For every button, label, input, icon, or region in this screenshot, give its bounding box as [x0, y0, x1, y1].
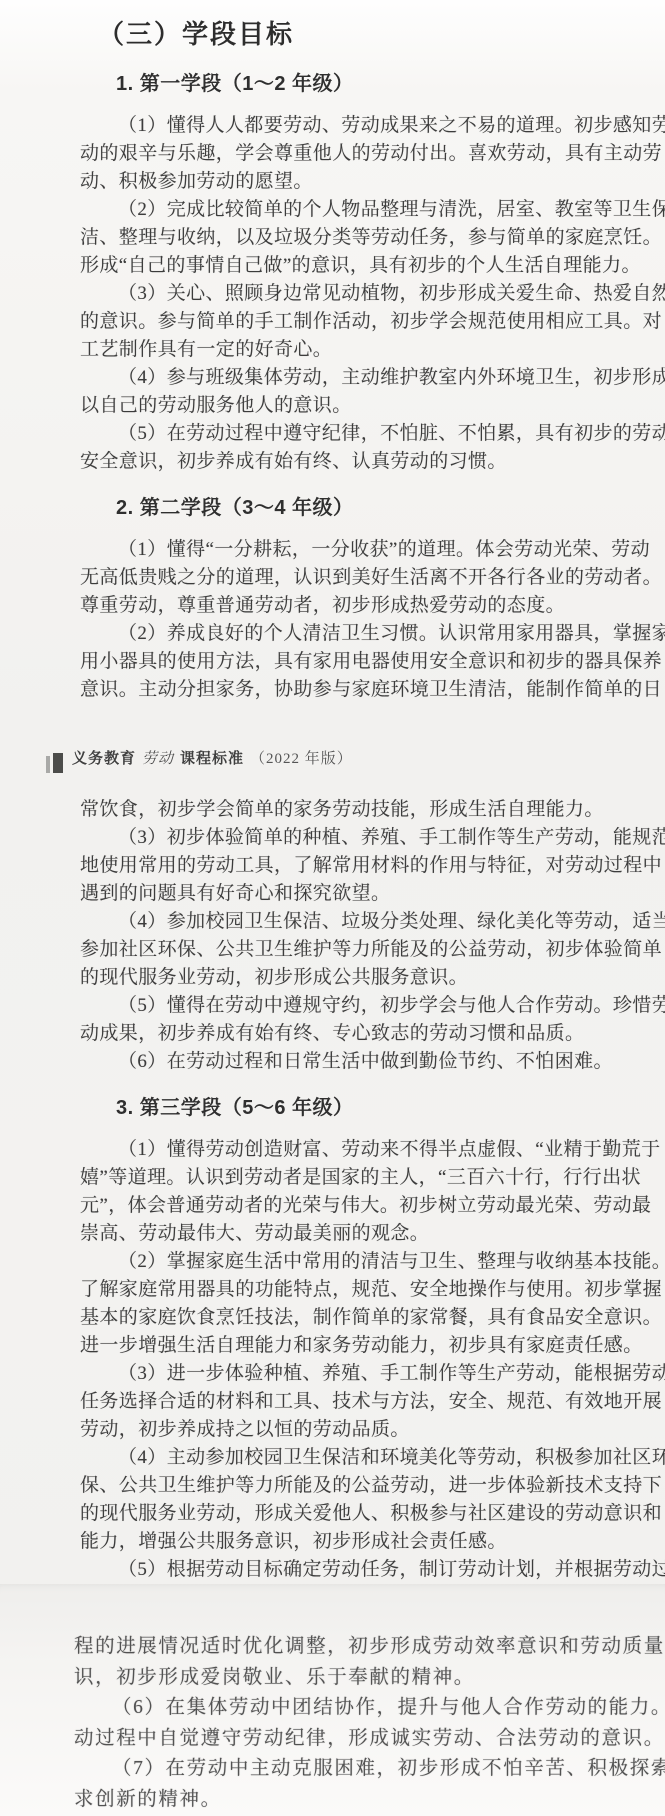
text-line: （4）参与班级集体劳动，主动维护教室内外环境卫生，初步形成 [80, 364, 607, 392]
text-line: 动过程中自觉遵守劳动纪律，形成诚实劳动、合法劳动的意识。 [74, 1724, 655, 1755]
paragraph: （4）主动参加校园卫生保洁和环境美化等劳动，积极参加社区环保、公共卫生维护等力所… [80, 1444, 607, 1556]
text-line: 基本的家庭饮食烹饪技法，制作简单的家常餐，具有食品安全意识。 [80, 1304, 607, 1332]
paragraph: 常饮食，初步学会简单的家务劳动技能，形成生活自理能力。 [80, 796, 607, 824]
text-line: 程的进展情况适时优化调整，初步形成劳动效率意识和劳动质量意 [74, 1632, 655, 1663]
text-line: 地使用常用的劳动工具，了解常用材料的作用与特征，对劳动过程中 [80, 852, 607, 880]
page-flow-1: （三）学段目标 1. 第一学段（1～2 年级）（1）懂得人人都要劳动、劳动成果来… [0, 16, 665, 704]
paragraph: （7）在劳动中主动克服困难，初步形成不怕辛苦、积极探索、追求创新的精神。 [74, 1754, 655, 1815]
paragraph: （2）掌握家庭生活中常用的清洁与卫生、整理与收纳基本技能。了解家庭常用器具的功能… [80, 1248, 607, 1360]
text-line: （7）在劳动中主动克服困难，初步形成不怕辛苦、积极探索、追 [74, 1754, 655, 1785]
text-line: 劳动，初步养成持之以恒的劳动品质。 [80, 1416, 607, 1444]
text-line: 工艺制作具有一定的好奇心。 [80, 336, 607, 364]
header-subject: 劳动 [142, 751, 174, 767]
document-page: （三）学段目标 1. 第一学段（1～2 年级）（1）懂得人人都要劳动、劳动成果来… [0, 0, 665, 1816]
text-line: （1）懂得人人都要劳动、劳动成果来之不易的道理。初步感知劳 [80, 112, 607, 140]
section-heading: 2. 第二学段（3～4 年级） [116, 496, 607, 520]
text-line: 元”，体会普通劳动者的光荣与伟大。初步树立劳动最光荣、劳动最 [80, 1192, 607, 1220]
text-line: 保、公共卫生维护等力所能及的公益劳动，进一步体验新技术支持下 [80, 1472, 607, 1500]
text-line: 用小器具的使用方法，具有家用电器使用安全意识和初步的器具保养 [80, 648, 607, 676]
paragraph: （4）参与班级集体劳动，主动维护教室内外环境卫生，初步形成以自己的劳动服务他人的… [80, 364, 607, 420]
text-line: 求创新的精神。 [74, 1785, 655, 1816]
paragraph: （5）懂得在劳动中遵规守约，初步学会与他人合作劳动。珍惜劳动成果，初步养成有始有… [80, 992, 607, 1048]
document-title: （三）学段目标 [98, 16, 607, 52]
text-line: （2）完成比较简单的个人物品整理与清洗，居室、教室等卫生保 [80, 196, 607, 224]
text-line: 无高低贵贱之分的道理，认识到美好生活离不开各行各业的劳动者。 [80, 564, 607, 592]
paragraph: 程的进展情况适时优化调整，初步形成劳动效率意识和劳动质量意识，初步形成爱岗敬业、… [74, 1632, 655, 1693]
paragraph: （3）关心、照顾身边常见动植物，初步形成关爱生命、热爱自然的意识。参与简单的手工… [80, 280, 607, 364]
text-line: 尊重劳动，尊重普通劳动者，初步形成热爱劳动的态度。 [80, 592, 607, 620]
paragraph: （3）进一步体验种植、养殖、手工制作等生产劳动，能根据劳动任务选择合适的材料和工… [80, 1360, 607, 1444]
text-line: （6）在集体劳动中团结协作，提升与他人合作劳动的能力。在劳 [74, 1693, 655, 1724]
text-line: （5）懂得在劳动中遵规守约，初步学会与他人合作劳动。珍惜劳 [80, 992, 607, 1020]
text-line: 常饮食，初步学会简单的家务劳动技能，形成生活自理能力。 [80, 796, 607, 824]
paragraph: （2）完成比较简单的个人物品整理与清洗，居室、教室等卫生保洁、整理与收纳，以及垃… [80, 196, 607, 280]
paragraph: （6）在劳动过程和日常生活中做到勤俭节约、不怕困难。 [80, 1048, 607, 1076]
text-line: 进一步增强生活自理能力和家务劳动能力，初步具有家庭责任感。 [80, 1332, 607, 1360]
page-marker-icon [46, 751, 63, 773]
paragraph: （1）懂得“一分耕耘，一分收获”的道理。体会劳动光荣、劳动无高低贵贱之分的道理，… [80, 536, 607, 620]
header-standard-label: 课程标准 [180, 751, 244, 767]
text-line: （2）掌握家庭生活中常用的清洁与卫生、整理与收纳基本技能。 [80, 1248, 607, 1276]
text-line: （6）在劳动过程和日常生活中做到勤俭节约、不怕困难。 [80, 1048, 607, 1076]
text-line: 参加社区环保、公共卫生维护等力所能及的公益劳动，初步体验简单 [80, 936, 607, 964]
paragraph: （5）在劳动过程中遵守纪律，不怕脏、不怕累，具有初步的劳动安全意识，初步养成有始… [80, 420, 607, 476]
paragraph: （1）懂得劳动创造财富、劳动来不得半点虚假、“业精于勤荒于嬉”等道理。认识到劳动… [80, 1136, 607, 1248]
text-line: （3）进一步体验种植、养殖、手工制作等生产劳动，能根据劳动 [80, 1360, 607, 1388]
paragraph: （3）初步体验简单的种植、养殖、手工制作等生产劳动，能规范地使用常用的劳动工具，… [80, 824, 607, 908]
paragraph: （4）参加校园卫生保洁、垃圾分类处理、绿化美化等劳动，适当参加社区环保、公共卫生… [80, 908, 607, 992]
text-line: （4）主动参加校园卫生保洁和环境美化等劳动，积极参加社区环 [80, 1444, 607, 1472]
text-line: 崇高、劳动最伟大、劳动最美丽的观念。 [80, 1220, 607, 1248]
paragraph: （5）根据劳动目标确定劳动任务，制订劳动计划，并根据劳动过 [80, 1556, 607, 1584]
section-heading: 3. 第三学段（5～6 年级） [116, 1096, 607, 1120]
text-line: （1）懂得“一分耕耘，一分收获”的道理。体会劳动光荣、劳动 [80, 536, 607, 564]
text-line: 以自己的劳动服务他人的意识。 [80, 392, 607, 420]
text-line: （4）参加校园卫生保洁、垃圾分类处理、绿化美化等劳动，适当 [80, 908, 607, 936]
header-edition: （2022 年版） [250, 751, 353, 767]
text-line: 任务选择合适的材料和工具、技术与方法，安全、规范、有效地开展 [80, 1388, 607, 1416]
text-line: 的现代服务业劳动，形成关爱他人、积极参与社区建设的劳动意识和 [80, 1500, 607, 1528]
text-line: 的现代服务业劳动，初步形成公共服务意识。 [80, 964, 607, 992]
text-line: 形成“自己的事情自己做”的意识，具有初步的个人生活自理能力。 [80, 252, 607, 280]
text-line: （5）根据劳动目标确定劳动任务，制订劳动计划，并根据劳动过 [80, 1556, 607, 1584]
paragraph: （2）养成良好的个人清洁卫生习惯。认识常用家用器具，掌握家用小器具的使用方法，具… [80, 620, 607, 704]
paragraph: （6）在集体劳动中团结协作，提升与他人合作劳动的能力。在劳动过程中自觉遵守劳动纪… [74, 1693, 655, 1754]
section-heading: 1. 第一学段（1～2 年级） [116, 72, 607, 96]
text-line: 动的艰辛与乐趣，学会尊重他人的劳动付出。喜欢劳动，具有主动劳 [80, 140, 607, 168]
header-series: 义务教育 [72, 751, 136, 767]
text-line: 动成果，初步养成有始有终、专心致志的劳动习惯和品质。 [80, 1020, 607, 1048]
text-line: （2）养成良好的个人清洁卫生习惯。认识常用家用器具，掌握家 [80, 620, 607, 648]
text-line: 能力，增强公共服务意识，初步形成社会责任感。 [80, 1528, 607, 1556]
text-line: 嬉”等道理。认识到劳动者是国家的主人，“三百六十行，行行出状 [80, 1164, 607, 1192]
text-line: 意识。主动分担家务，协助参与家庭环境卫生清洁，能制作简单的日 [80, 676, 607, 704]
text-line: 识，初步形成爱岗敬业、乐于奉献的精神。 [74, 1663, 655, 1694]
running-header: 义务教育劳动课程标准（2022 年版） [46, 748, 665, 770]
text-line: 了解家庭常用器具的功能特点，规范、安全地操作与使用。初步掌握 [80, 1276, 607, 1304]
text-line: 的意识。参与简单的手工制作活动，初步学会规范使用相应工具。对 [80, 308, 607, 336]
text-line: （5）在劳动过程中遵守纪律，不怕脏、不怕累，具有初步的劳动 [80, 420, 607, 448]
text-line: 动、积极参加劳动的愿望。 [80, 168, 607, 196]
text-line: （3）初步体验简单的种植、养殖、手工制作等生产劳动，能规范 [80, 824, 607, 852]
text-line: 遇到的问题具有好奇心和探究欲望。 [80, 880, 607, 908]
text-line: 洁、整理与收纳，以及垃圾分类等劳动任务，参与简单的家庭烹饪。 [80, 224, 607, 252]
text-line: （3）关心、照顾身边常见动植物，初步形成关爱生命、热爱自然 [80, 280, 607, 308]
photo-bottom-section: 程的进展情况适时优化调整，初步形成劳动效率意识和劳动质量意识，初步形成爱岗敬业、… [0, 1584, 665, 1816]
page-flow-2: 常饮食，初步学会简单的家务劳动技能，形成生活自理能力。（3）初步体验简单的种植、… [0, 796, 665, 1584]
text-line: （1）懂得劳动创造财富、劳动来不得半点虚假、“业精于勤荒于 [80, 1136, 607, 1164]
paragraph: （1）懂得人人都要劳动、劳动成果来之不易的道理。初步感知劳动的艰辛与乐趣，学会尊… [80, 112, 607, 196]
text-line: 安全意识，初步养成有始有终、认真劳动的习惯。 [80, 448, 607, 476]
